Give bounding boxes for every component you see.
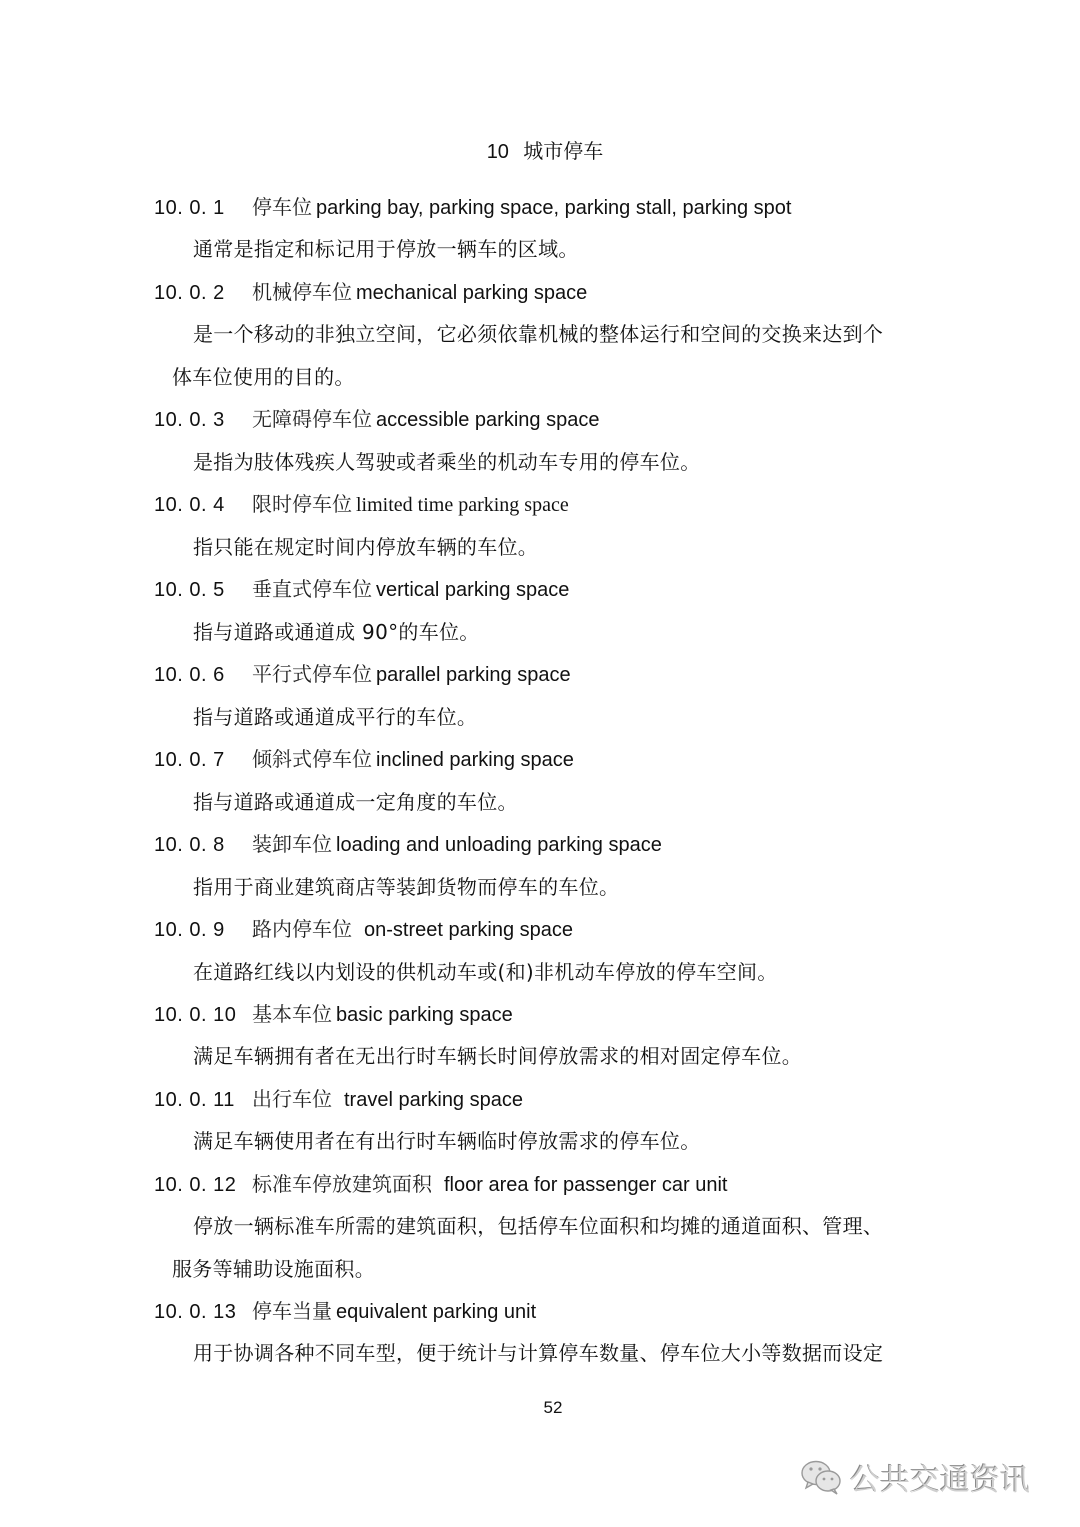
term-definition-continued: 服务等辅助设施面积。 (172, 1256, 375, 1282)
term-definition: 停放一辆标准车所需的建筑面积，包括停车位面积和均摊的通道面积、管理、 (193, 1213, 883, 1239)
term-code: 10. 0. 11 (154, 1087, 252, 1113)
term-definition: 指只能在规定时间内停放车辆的车位。 (193, 534, 538, 560)
term-entry-10: 10. 0. 10基本车位basic parking space (154, 1001, 513, 1028)
term-zh: 出行车位 (252, 1087, 332, 1111)
term-entry-4: 10. 0. 4限时停车位limited time parking space (154, 491, 569, 518)
term-code: 10. 0. 4 (154, 492, 252, 518)
watermark: 公共交通资讯 (800, 1455, 1030, 1499)
term-zh: 限时停车位 (252, 492, 352, 516)
term-entry-8: 10. 0. 8装卸车位loading and unloading parkin… (154, 831, 662, 858)
term-entry-2: 10. 0. 2机械停车位mechanical parking space (154, 279, 587, 306)
term-zh: 标准车停放建筑面积 (252, 1172, 432, 1196)
term-zh: 装卸车位 (252, 832, 332, 856)
term-zh: 停车位 (252, 195, 312, 219)
term-definition: 满足车辆使用者在有出行时车辆临时停放需求的停车位。 (193, 1128, 701, 1154)
term-code: 10. 0. 13 (154, 1299, 252, 1325)
term-entry-11: 10. 0. 11出行车位travel parking space (154, 1086, 523, 1113)
term-entry-1: 10. 0. 1停车位parking bay, parking space, p… (154, 194, 791, 221)
term-code: 10. 0. 1 (154, 195, 252, 221)
term-definition: 指与道路或通道成平行的车位。 (193, 704, 477, 730)
term-en: inclined parking space (376, 749, 574, 771)
term-entry-9: 10. 0. 9路内停车位on-street parking space (154, 916, 573, 943)
term-zh: 停车当量 (252, 1299, 332, 1323)
term-entry-7: 10. 0. 7倾斜式停车位inclined parking space (154, 746, 574, 773)
term-definition: 用于协调各种不同车型，便于统计与计算停车数量、停车位大小等数据而设定 (193, 1340, 883, 1366)
term-entry-5: 10. 0. 5垂直式停车位vertical parking space (154, 576, 569, 603)
term-en: on-street parking space (364, 919, 573, 941)
term-definition-continued: 体车位使用的目的。 (172, 364, 355, 390)
term-code: 10. 0. 12 (154, 1172, 252, 1198)
term-code: 10. 0. 9 (154, 917, 252, 943)
term-en: vertical parking space (376, 579, 569, 601)
term-definition: 指用于商业建筑商店等装卸货物而停车的车位。 (193, 874, 619, 900)
term-en: loading and unloading parking space (336, 834, 662, 856)
term-code: 10. 0. 3 (154, 407, 252, 433)
term-entry-13: 10. 0. 13停车当量equivalent parking unit (154, 1298, 536, 1325)
term-zh: 垂直式停车位 (252, 577, 372, 601)
term-zh: 机械停车位 (252, 280, 352, 304)
term-en: floor area for passenger car unit (444, 1174, 728, 1196)
term-definition: 是一个移动的非独立空间，它必须依靠机械的整体运行和空间的交换来达到个 (193, 321, 883, 347)
term-en: equivalent parking unit (336, 1301, 536, 1323)
term-zh: 基本车位 (252, 1002, 332, 1026)
page-number: 52 (0, 1398, 1080, 1418)
term-definition: 在道路红线以内划设的供机动车或(和)非机动车停放的停车空间。 (193, 959, 778, 985)
document-page: 10 城市停车 10. 0. 1停车位parking bay, parking … (0, 0, 1080, 1527)
term-entry-6: 10. 0. 6平行式停车位parallel parking space (154, 661, 571, 688)
term-zh: 平行式停车位 (252, 662, 372, 686)
term-en: basic parking space (336, 1004, 513, 1026)
term-code: 10. 0. 2 (154, 280, 252, 306)
term-zh: 路内停车位 (252, 917, 352, 941)
term-en: travel parking space (344, 1089, 523, 1111)
term-code: 10. 0. 5 (154, 577, 252, 603)
term-definition: 是指为肢体残疾人驾驶或者乘坐的机动车专用的停车位。 (193, 449, 701, 475)
term-code: 10. 0. 10 (154, 1002, 252, 1028)
term-code: 10. 0. 7 (154, 747, 252, 773)
term-definition: 指与道路或通道成 90°的车位。 (193, 619, 480, 645)
term-en: mechanical parking space (356, 282, 587, 304)
term-en: accessible parking space (376, 409, 599, 431)
term-en: parking bay, parking space, parking stal… (316, 197, 791, 219)
term-definition: 通常是指定和标记用于停放一辆车的区域。 (193, 236, 579, 262)
term-en: limited time parking space (356, 494, 569, 516)
watermark-text: 公共交通资讯 (850, 1455, 1030, 1499)
section-title-text: 城市停车 (523, 139, 603, 163)
term-entry-12: 10. 0. 12标准车停放建筑面积floor area for passeng… (154, 1171, 728, 1198)
section-title: 10 城市停车 (0, 138, 1080, 165)
term-definition: 满足车辆拥有者在无出行时车辆长时间停放需求的相对固定停车位。 (193, 1043, 802, 1069)
term-code: 10. 0. 8 (154, 832, 252, 858)
term-code: 10. 0. 6 (154, 662, 252, 688)
term-definition: 指与道路或通道成一定角度的车位。 (193, 789, 518, 815)
term-en: parallel parking space (376, 664, 571, 686)
section-number: 10 (487, 141, 509, 163)
term-zh: 倾斜式停车位 (252, 747, 372, 771)
term-entry-3: 10. 0. 3无障碍停车位accessible parking space (154, 406, 599, 433)
term-zh: 无障碍停车位 (252, 407, 372, 431)
wechat-icon (800, 1458, 844, 1496)
